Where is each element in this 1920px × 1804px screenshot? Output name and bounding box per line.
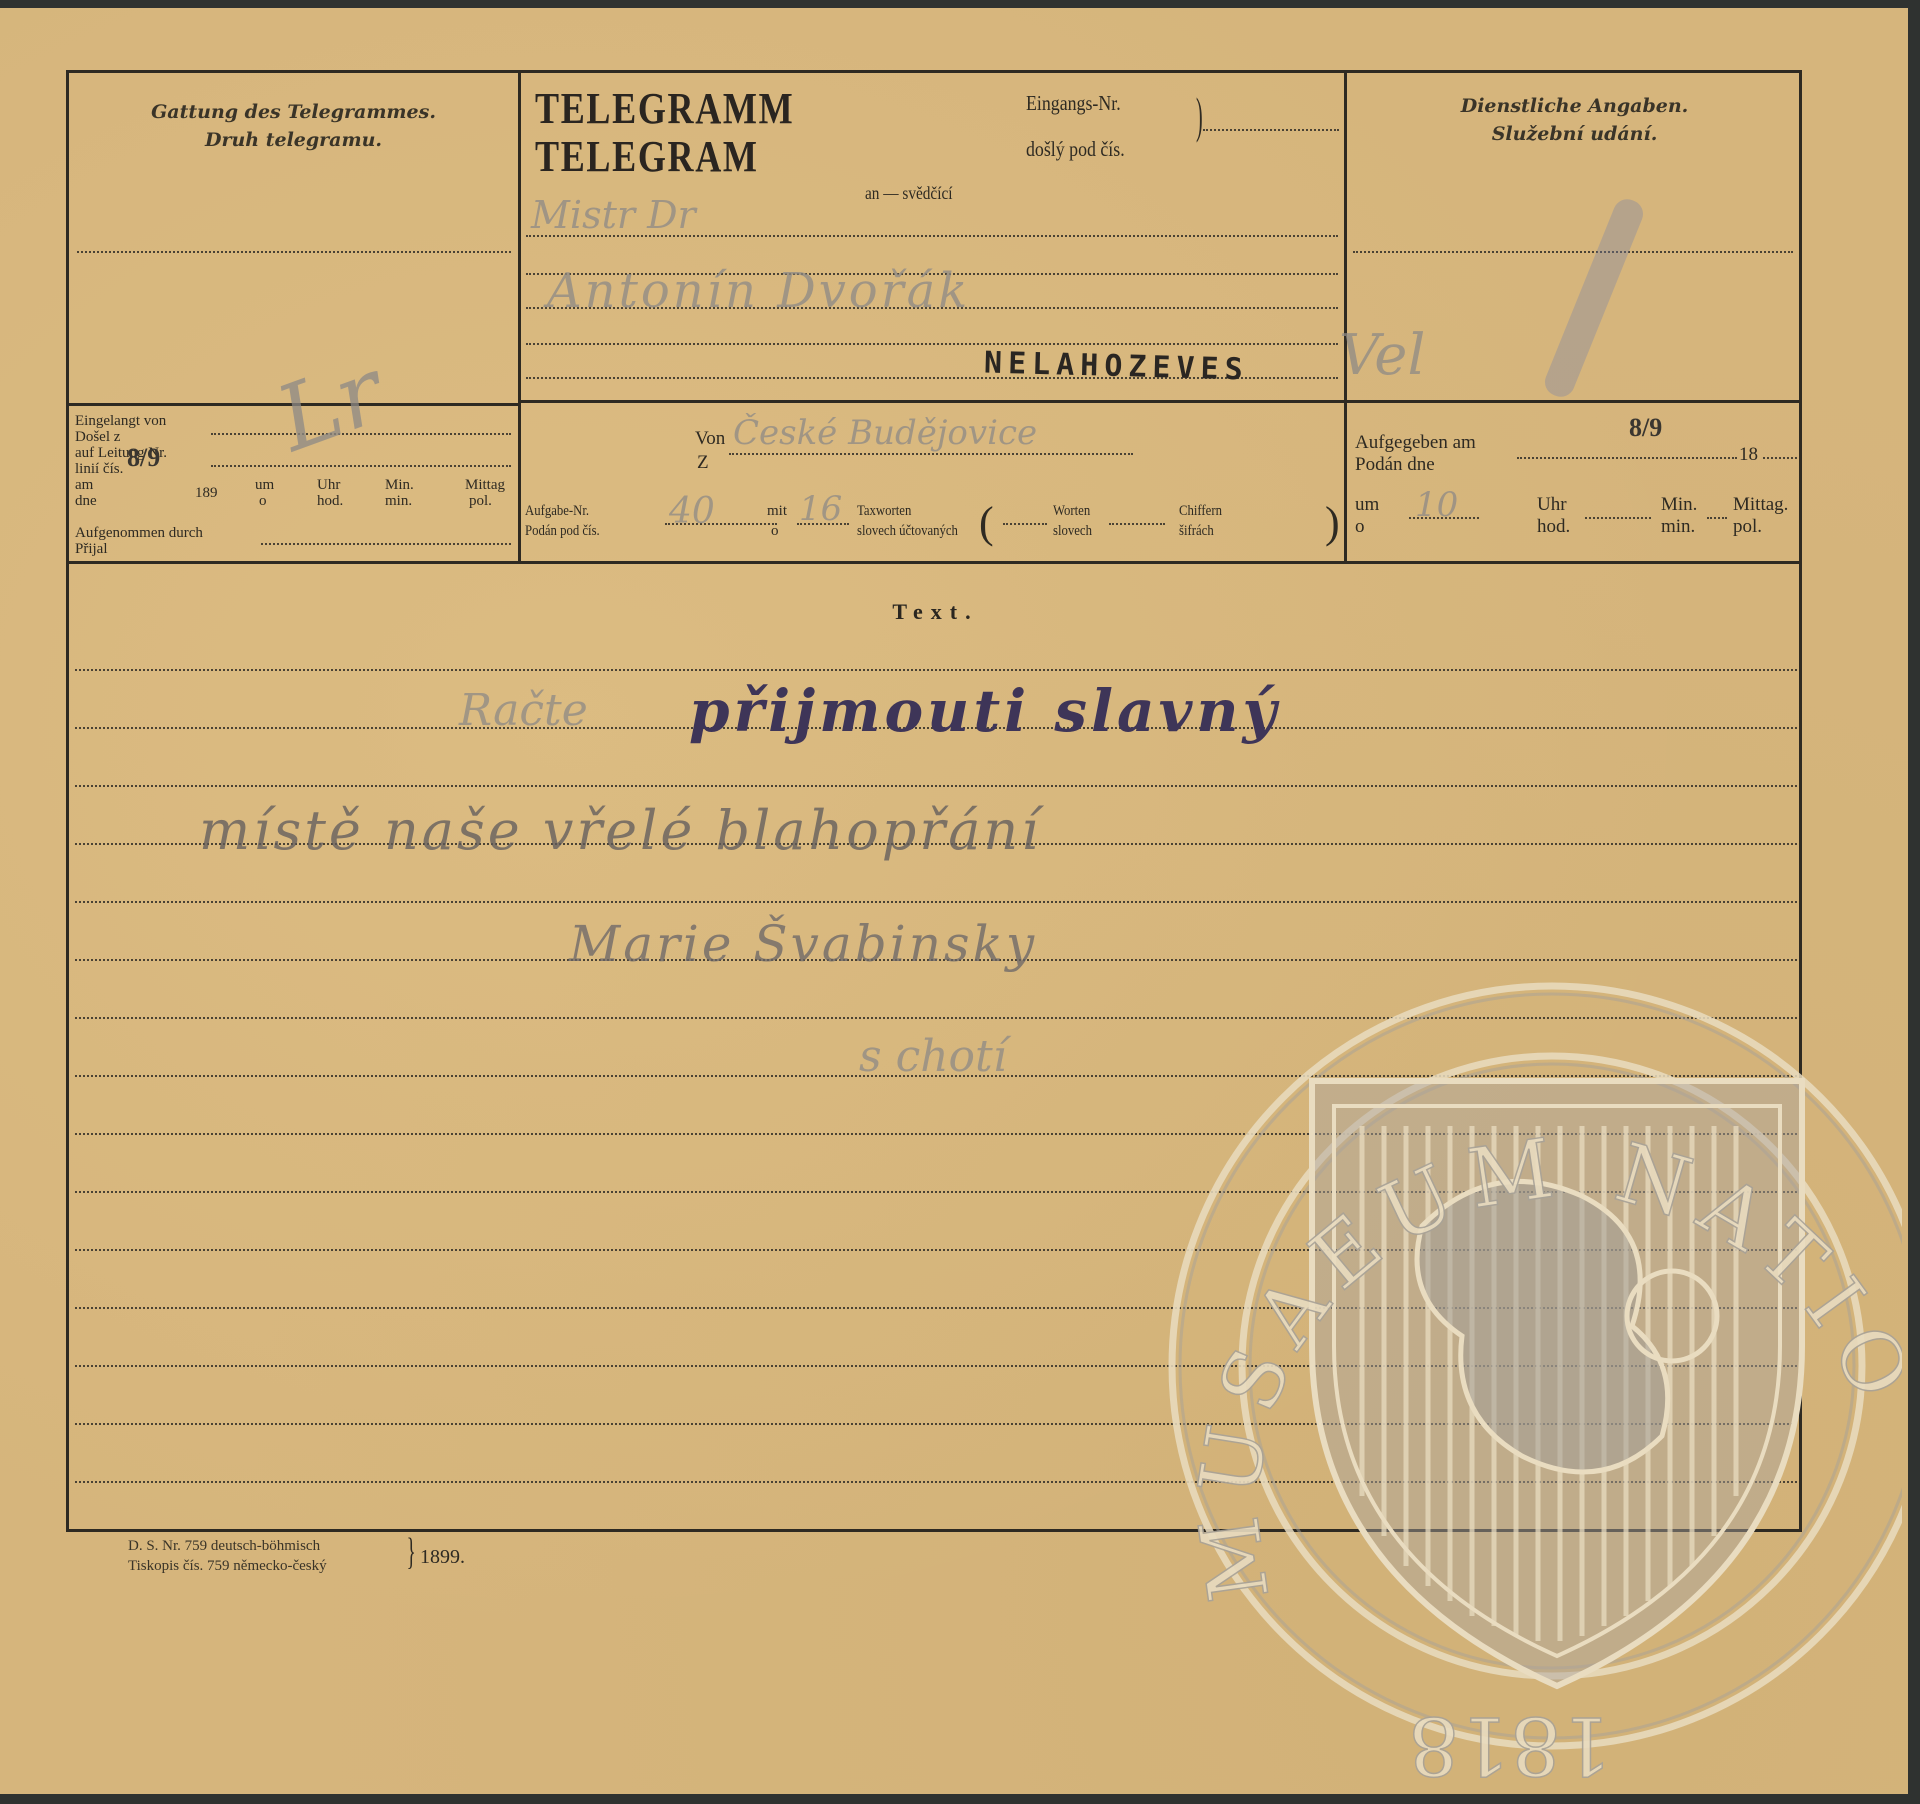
addressee-handwritten-1: Mistr Dr bbox=[531, 193, 696, 237]
message-line-2: místě naše vřelé blahopřání bbox=[199, 799, 1041, 862]
word-count-handwritten: 16 bbox=[799, 489, 842, 529]
at-de: um bbox=[255, 477, 274, 493]
taken-by-field[interactable] bbox=[261, 543, 511, 545]
noon-cs-filed: pol. bbox=[1733, 517, 1762, 537]
destination-stamp: NELAHOZEVES bbox=[984, 346, 1250, 388]
hour-cs: hod. bbox=[317, 493, 343, 509]
divider bbox=[518, 73, 521, 563]
telegram-type-label-de: Gattung des Telegrammes. bbox=[69, 101, 518, 123]
dotted-line bbox=[77, 251, 511, 253]
message-line-4: s chotí bbox=[859, 1031, 1007, 1082]
brace: } bbox=[407, 1530, 416, 1574]
min-cs: min. bbox=[385, 493, 412, 509]
origin-handwritten: České Budějovice bbox=[733, 413, 1037, 453]
filed-cs: Podán dne bbox=[1355, 455, 1435, 475]
date-cs: dne bbox=[75, 493, 97, 509]
words-field[interactable] bbox=[1003, 523, 1047, 525]
message-line-1-ink: přijmouti slavný bbox=[689, 677, 1280, 745]
year-field[interactable] bbox=[1763, 457, 1797, 459]
noon-de: Mittag bbox=[465, 477, 505, 493]
brace: ) bbox=[1196, 87, 1203, 143]
taken-by-cs: Přijal bbox=[75, 541, 108, 557]
words-de: Worten bbox=[1053, 503, 1090, 519]
dotted-line bbox=[1353, 251, 1793, 253]
divider bbox=[1344, 400, 1802, 403]
telegram-form: Gattung des Telegrammes. Druh telegramu.… bbox=[0, 8, 1908, 1794]
tax-words-cs: slovech účtovaných bbox=[857, 523, 958, 539]
text-line[interactable] bbox=[75, 785, 1797, 787]
filing-no-cs: Podán pod čís. bbox=[525, 523, 600, 539]
noon-field[interactable] bbox=[1707, 517, 1727, 519]
form-number-cs: Tiskopis čís. 759 německo-český bbox=[128, 1558, 327, 1575]
text-line[interactable] bbox=[75, 1307, 1797, 1309]
min-field[interactable] bbox=[1585, 517, 1651, 519]
form-border: Gattung des Telegrammes. Druh telegramu.… bbox=[66, 70, 1802, 1532]
filing-no-de: Aufgabe-Nr. bbox=[525, 503, 589, 519]
telegram-type-label-cs: Druh telegramu. bbox=[69, 129, 518, 151]
hour-cs-filed: hod. bbox=[1537, 517, 1570, 537]
divider bbox=[69, 561, 1802, 564]
blue-pencil-mark bbox=[1541, 195, 1647, 401]
z-label: Z bbox=[697, 453, 709, 473]
year-prefix: 189 bbox=[195, 485, 218, 501]
text-heading: Text. bbox=[69, 599, 1802, 625]
text-line[interactable] bbox=[75, 1481, 1797, 1483]
form-number-de: D. S. Nr. 759 deutsch-böhmisch bbox=[128, 1538, 320, 1555]
date-stamp-filed: 8/9 bbox=[1629, 413, 1662, 443]
incoming-no-label-de: Eingangs-Nr. bbox=[1026, 91, 1121, 116]
addressee-line-4[interactable] bbox=[526, 343, 1338, 345]
divider bbox=[518, 400, 1344, 403]
title-de: TELEGRAMM bbox=[535, 85, 794, 133]
message-line-3: Marie Švabinsky bbox=[569, 915, 1037, 973]
incoming-no-label-cs: došlý pod čís. bbox=[1026, 137, 1125, 162]
line-no-field[interactable] bbox=[211, 465, 511, 467]
at-cs-filed: o bbox=[1355, 517, 1365, 537]
received-from-cs: Došel z bbox=[75, 429, 120, 445]
text-line[interactable] bbox=[75, 1249, 1797, 1251]
taken-by-de: Aufgenommen durch bbox=[75, 525, 203, 541]
von-label: Von bbox=[695, 429, 725, 449]
o-label: o bbox=[771, 523, 779, 539]
addressee-label: an — svědčící bbox=[865, 183, 953, 204]
message-line-1-pencil: Račte bbox=[459, 685, 588, 736]
official-note-handwritten: Vel bbox=[1339, 323, 1425, 388]
addressee-handwritten-2: Antonín Dvořák bbox=[547, 263, 970, 319]
line-no-cs: linií čís. bbox=[75, 461, 123, 477]
divider bbox=[1344, 73, 1347, 563]
cipher-cs: šifrách bbox=[1179, 523, 1214, 539]
paren-close: ) bbox=[1325, 497, 1340, 548]
text-line[interactable] bbox=[75, 1191, 1797, 1193]
filed-date-field[interactable] bbox=[1517, 457, 1737, 459]
text-line[interactable] bbox=[75, 1133, 1797, 1135]
svg-text:1818: 1818 bbox=[1408, 1699, 1612, 1792]
cipher-field[interactable] bbox=[1109, 523, 1165, 525]
text-line[interactable] bbox=[75, 1365, 1797, 1367]
text-line[interactable] bbox=[75, 901, 1797, 903]
at-cs: o bbox=[259, 493, 267, 509]
min-de: Min. bbox=[385, 477, 414, 493]
origin-field[interactable] bbox=[729, 453, 1133, 455]
cipher-de: Chiffern bbox=[1179, 503, 1222, 519]
official-label-de: Dienstliche Angaben. bbox=[1347, 95, 1802, 117]
year-prefix-filed: 18 bbox=[1739, 445, 1758, 465]
min-cs-filed: min. bbox=[1661, 517, 1695, 537]
words-cs: slovech bbox=[1053, 523, 1092, 539]
title-cs: TELEGRAM bbox=[535, 133, 759, 181]
noon-cs: pol. bbox=[469, 493, 492, 509]
text-line[interactable] bbox=[75, 1423, 1797, 1425]
received-from-de: Eingelangt von bbox=[75, 413, 166, 429]
paren-open: ( bbox=[979, 497, 994, 548]
text-line[interactable] bbox=[75, 669, 1797, 671]
tax-words-de: Taxworten bbox=[857, 503, 911, 519]
received-handwritten: Lr bbox=[264, 339, 397, 473]
hour-de-filed: Uhr bbox=[1537, 495, 1567, 515]
date-de: am bbox=[75, 477, 93, 493]
incoming-no-field[interactable] bbox=[1203, 129, 1339, 131]
at-de-filed: um bbox=[1355, 495, 1379, 515]
mit-label: mit bbox=[767, 503, 787, 519]
filed-de: Aufgegeben am bbox=[1355, 433, 1476, 453]
date-stamp-received: 8/9 bbox=[127, 443, 160, 473]
hour-handwritten: 10 bbox=[1415, 485, 1458, 525]
text-line[interactable] bbox=[75, 1017, 1797, 1019]
form-year: 1899. bbox=[420, 1546, 465, 1569]
min-de-filed: Min. bbox=[1661, 495, 1697, 515]
hour-de: Uhr bbox=[317, 477, 340, 493]
noon-de-filed: Mittag. bbox=[1733, 495, 1788, 515]
filing-no-handwritten: 40 bbox=[669, 491, 715, 532]
official-label-cs: Služební udání. bbox=[1347, 123, 1802, 145]
